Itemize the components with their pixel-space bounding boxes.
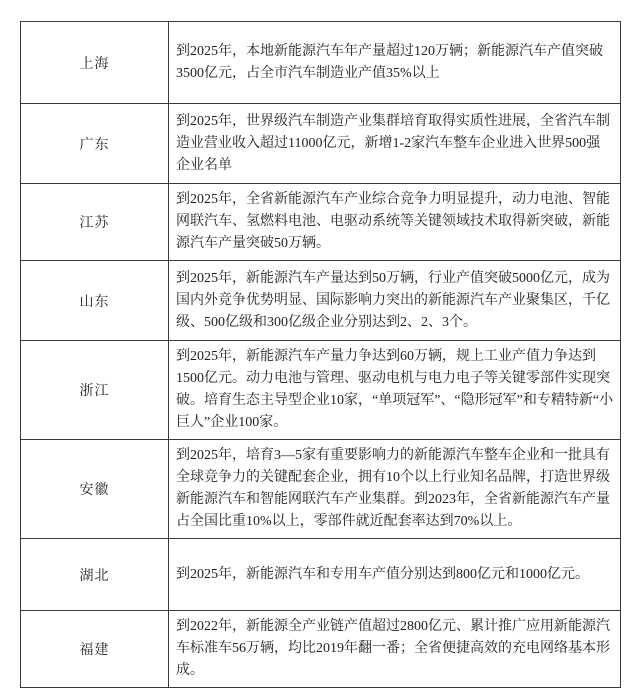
target-cell: 到2025年，新能源汽车产量达到50万辆，行业产值突破5000亿元，成为国内外竞…: [169, 261, 621, 341]
target-cell: 到2025年，培育3—5家有重要影响力的新能源汽车整车企业和一批具有全球竞争力的…: [169, 440, 621, 539]
target-cell: 到2025年，世界级汽车制造产业集群培育取得实质性进展，全省汽车制造业营业收入超…: [169, 104, 621, 184]
table-row: 山东 到2025年，新能源汽车产量达到50万辆，行业产值突破5000亿元，成为国…: [21, 261, 621, 341]
target-cell: 到2025年，新能源汽车和专用车产值分别达到800亿元和1000亿元。: [169, 539, 621, 611]
region-cell: 湖北: [21, 539, 169, 611]
region-cell: 山东: [21, 261, 169, 341]
target-cell: 到2025年，本地新能源汽车年产量超过120万辆；新能源汽车产值突破3500亿元…: [169, 22, 621, 104]
region-cell: 江苏: [21, 184, 169, 261]
table-row: 安徽 到2025年，培育3—5家有重要影响力的新能源汽车整车企业和一批具有全球竞…: [21, 440, 621, 539]
target-cell: 到2022年，新能源全产业链产值超过2800亿元、累计推广应用新能源汽车标准车5…: [169, 611, 621, 688]
table-row: 浙江 到2025年，新能源汽车产量力争达到60万辆，规上工业产值力争达到1500…: [21, 341, 621, 440]
table-row: 上海 到2025年，本地新能源汽车年产量超过120万辆；新能源汽车产值突破350…: [21, 22, 621, 104]
target-cell: 到2025年，全省新能源汽车产业综合竞争力明显提升，动力电池、智能网联汽车、氢燃…: [169, 184, 621, 261]
table-row: 广东 到2025年，世界级汽车制造产业集群培育取得实质性进展，全省汽车制造业营业…: [21, 104, 621, 184]
region-cell: 广东: [21, 104, 169, 184]
target-cell: 到2025年，新能源汽车产量力争达到60万辆，规上工业产值力争达到1500亿元。…: [169, 341, 621, 440]
table-row: 江苏 到2025年，全省新能源汽车产业综合竞争力明显提升，动力电池、智能网联汽车…: [21, 184, 621, 261]
table-row: 湖北 到2025年，新能源汽车和专用车产值分别达到800亿元和1000亿元。: [21, 539, 621, 611]
region-cell: 浙江: [21, 341, 169, 440]
region-cell: 福建: [21, 611, 169, 688]
region-cell: 安徽: [21, 440, 169, 539]
region-cell: 上海: [21, 22, 169, 104]
nev-policy-table: 上海 到2025年，本地新能源汽车年产量超过120万辆；新能源汽车产值突破350…: [20, 21, 621, 688]
table-row: 福建 到2022年，新能源全产业链产值超过2800亿元、累计推广应用新能源汽车标…: [21, 611, 621, 688]
